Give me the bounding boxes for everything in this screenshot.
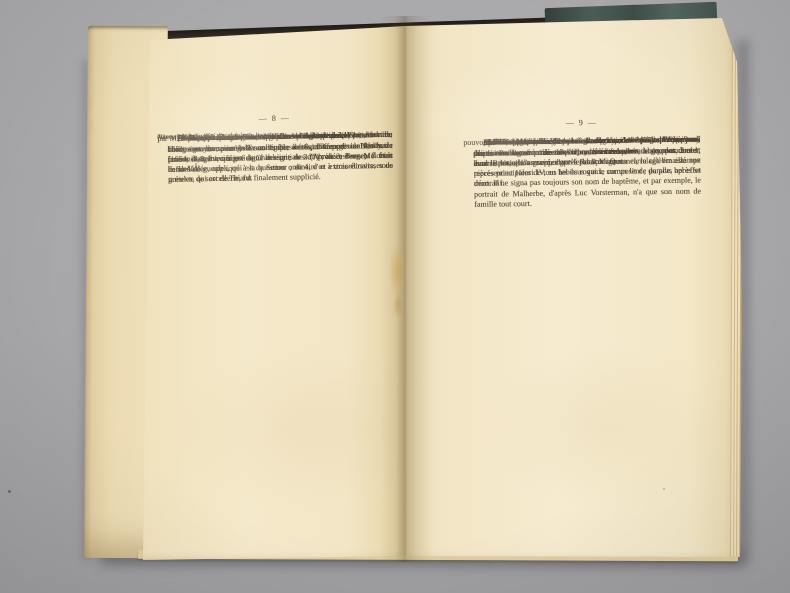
paragraph: Ex-libris d'Alexandre Petau. — Pour in-4… <box>463 135 700 139</box>
right-page: — 9 — pouvoir de Christine de Suède pour… <box>406 14 742 564</box>
right-page-number-header: — 9 — <box>463 116 700 130</box>
text-segment: Nancy, 1864, in-18. <box>157 133 211 143</box>
foxing-spot <box>195 163 197 165</box>
left-page-text-column: — 8 — par M. Beaupré, à qui nous en empr… <box>157 112 392 135</box>
right-page-body: pouvoir de Christine de Suède pour ses a… <box>463 135 700 139</box>
photo-background: — 8 — par M. Beaupré, à qui nous en empr… <box>0 0 790 593</box>
dust-speck <box>8 490 11 493</box>
left-page: — 8 — par M. Beaupré, à qui nous en empr… <box>140 22 406 564</box>
left-page-number-header: — 8 — <box>157 112 392 127</box>
text-segment: . L'écu, écartelé aux armes de la femme … <box>473 135 700 159</box>
foxing-spot <box>663 488 665 490</box>
right-page-text-column: — 9 — pouvoir de Christine de Suède pour… <box>463 116 700 138</box>
